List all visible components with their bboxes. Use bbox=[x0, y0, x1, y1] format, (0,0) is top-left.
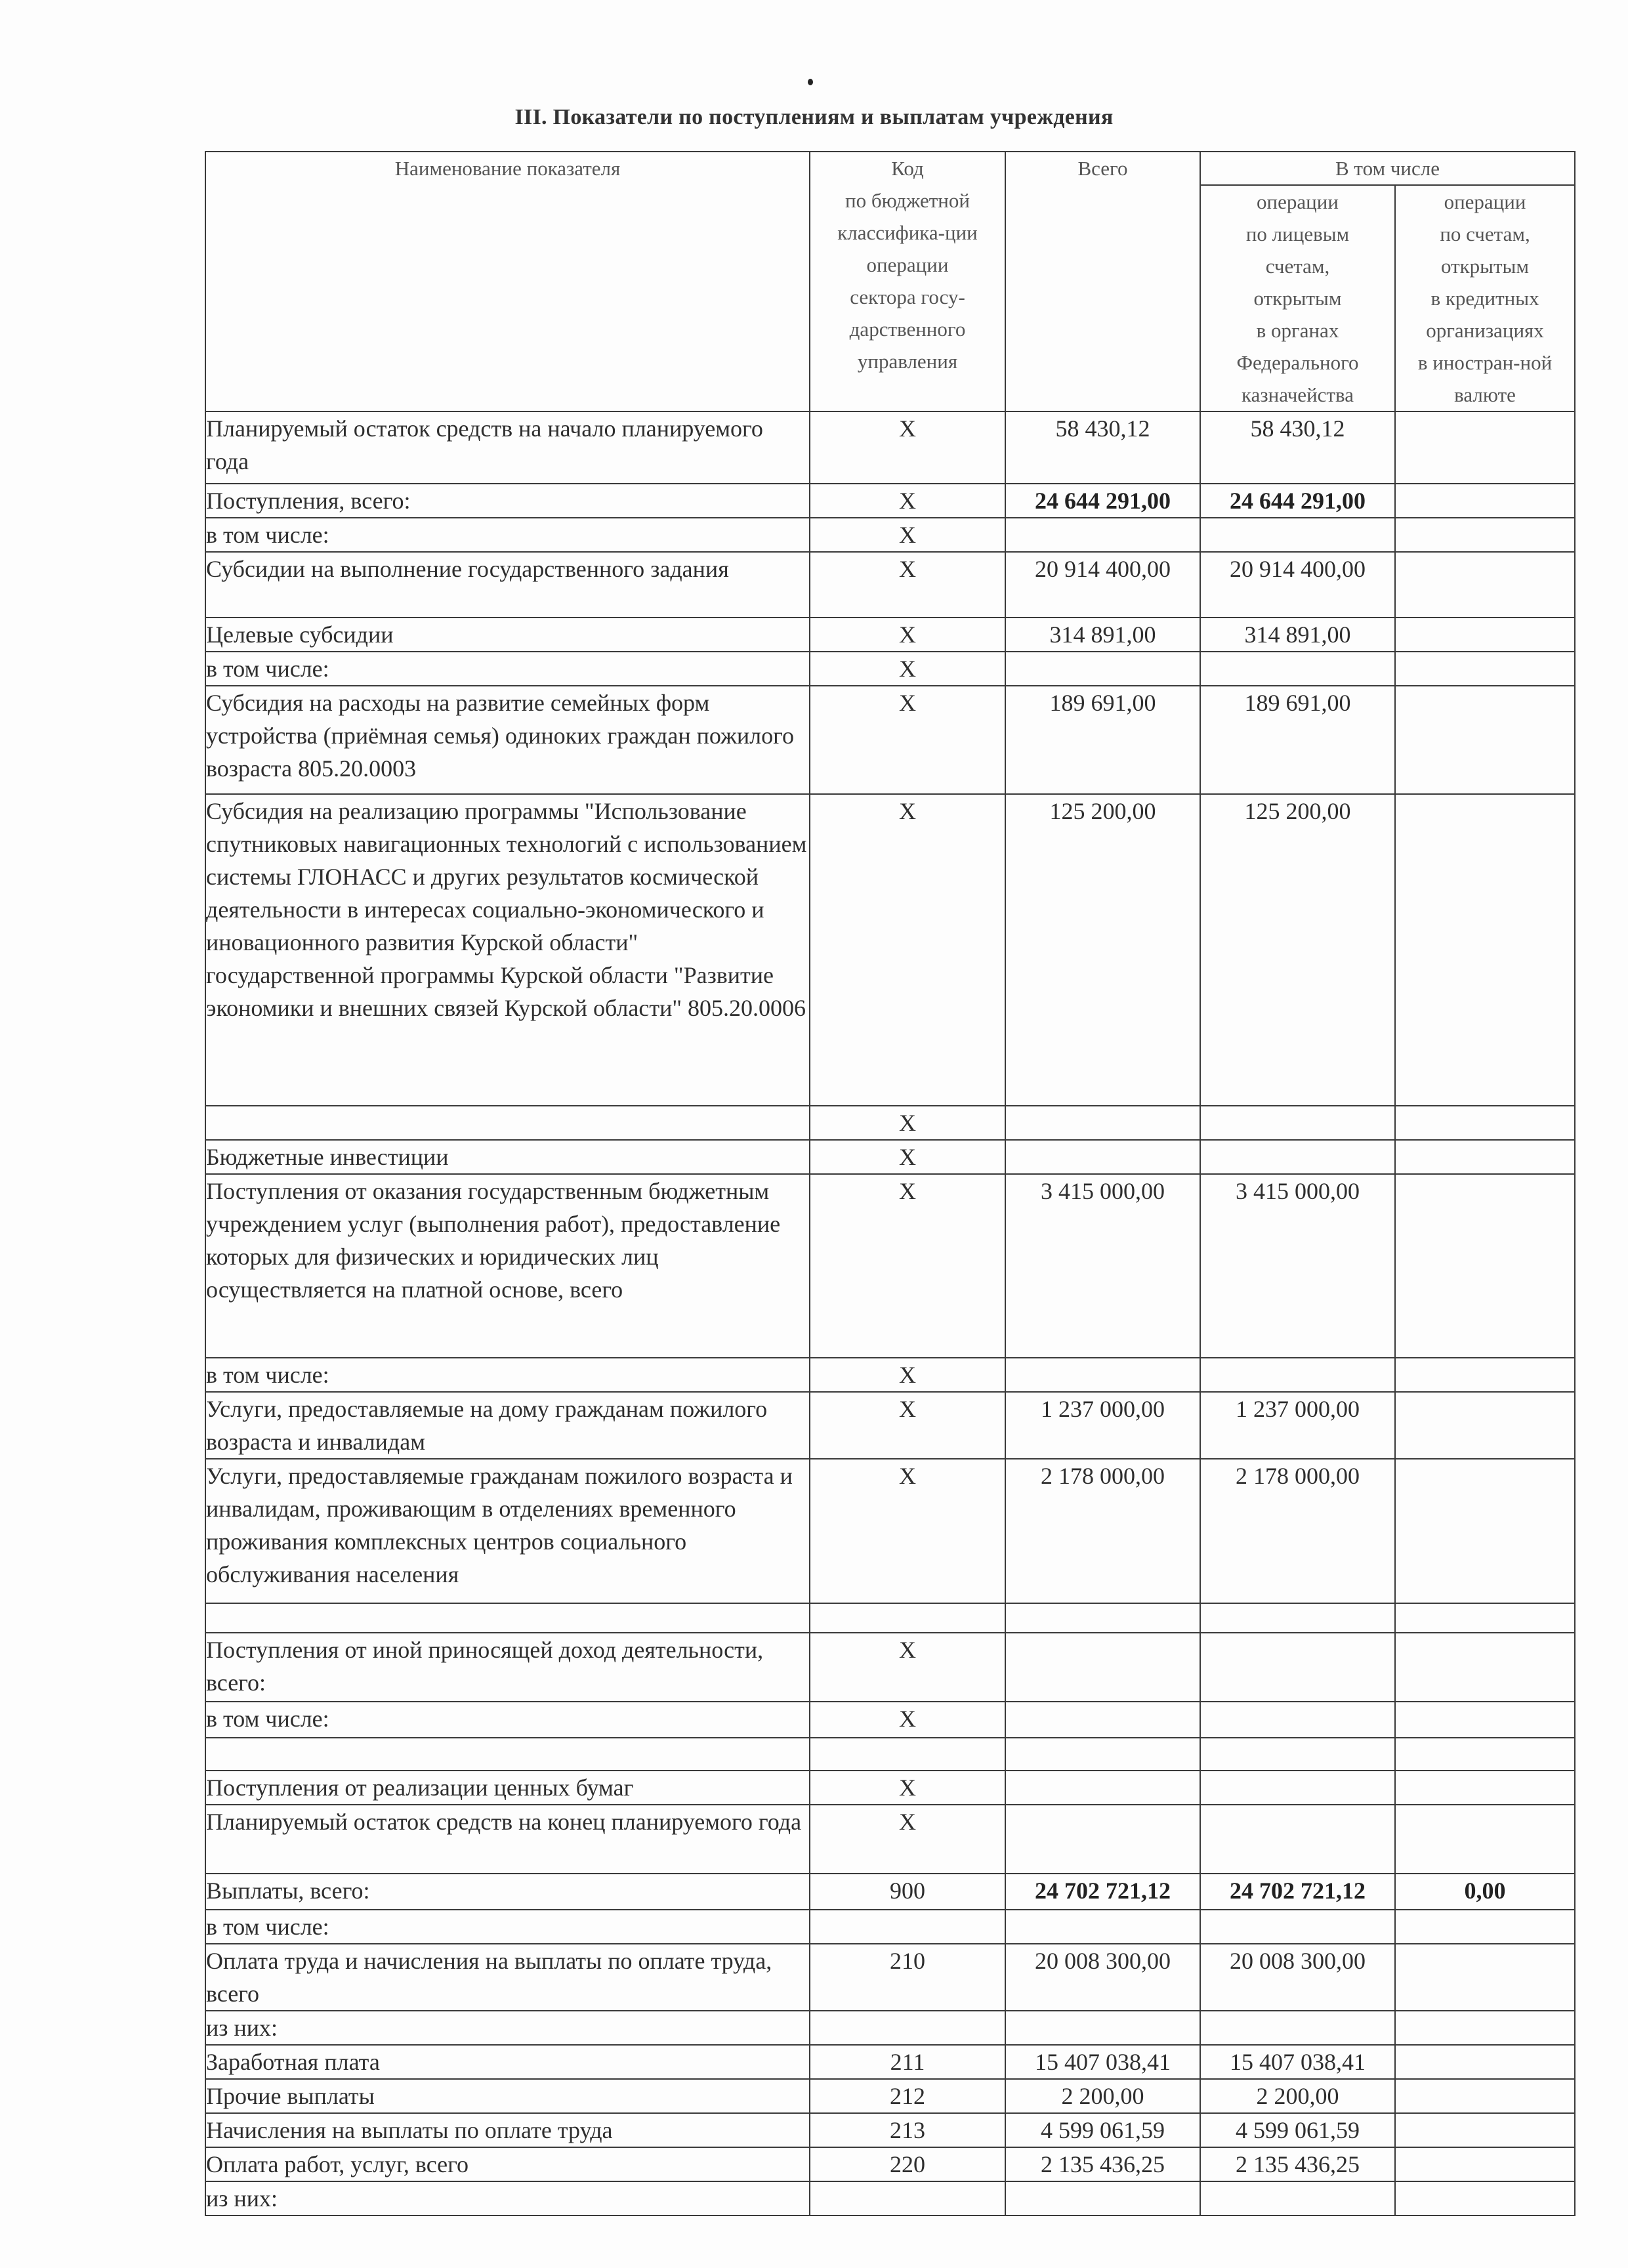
row-total-cell bbox=[1005, 1140, 1200, 1174]
row-name-cell: из них: bbox=[205, 2011, 810, 2045]
row-name-cell bbox=[205, 1106, 810, 1140]
row-code-cell: 212 bbox=[810, 2079, 1005, 2113]
row-name-cell: Поступления от реализации ценных бумаг bbox=[205, 1771, 810, 1805]
row-total-cell: 4 599 061,59 bbox=[1005, 2113, 1200, 2147]
row-code-cell: X bbox=[810, 411, 1005, 484]
row-credit-cell bbox=[1395, 652, 1575, 686]
row-credit-cell bbox=[1395, 1771, 1575, 1805]
row-treasury-cell bbox=[1200, 1358, 1395, 1392]
row-treasury-cell: 125 200,00 bbox=[1200, 794, 1395, 1106]
row-credit-cell bbox=[1395, 618, 1575, 652]
row-treasury-cell: 24 702 721,12 bbox=[1200, 1874, 1395, 1910]
header-line: по лицевым bbox=[1201, 218, 1394, 250]
row-name-cell: Планируемый остаток средств на начало пл… bbox=[205, 411, 810, 484]
row-treasury-cell: 2 178 000,00 bbox=[1200, 1459, 1395, 1603]
row-name-cell: Поступления, всего: bbox=[205, 484, 810, 518]
table-row: в том числе:X bbox=[205, 1358, 1575, 1392]
row-code-cell: X bbox=[810, 686, 1005, 794]
row-treasury-cell: 24 644 291,00 bbox=[1200, 484, 1395, 518]
row-treasury-cell: 20 008 300,00 bbox=[1200, 1944, 1395, 2011]
row-code-cell: X bbox=[810, 794, 1005, 1106]
table-row: Поступления от реализации ценных бумагX bbox=[205, 1771, 1575, 1805]
row-name-cell bbox=[205, 1603, 810, 1633]
row-credit-cell bbox=[1395, 411, 1575, 484]
row-treasury-cell bbox=[1200, 652, 1395, 686]
row-treasury-cell bbox=[1200, 1910, 1395, 1944]
table-body: Планируемый остаток средств на начало пл… bbox=[205, 411, 1575, 2215]
row-code-cell: X bbox=[810, 484, 1005, 518]
row-credit-cell bbox=[1395, 794, 1575, 1106]
table-row: из них: bbox=[205, 2011, 1575, 2045]
row-total-cell bbox=[1005, 1603, 1200, 1633]
row-name-cell: в том числе: bbox=[205, 518, 810, 552]
row-name-cell: Выплаты, всего: bbox=[205, 1874, 810, 1910]
row-treasury-cell bbox=[1200, 1140, 1395, 1174]
row-total-cell: 189 691,00 bbox=[1005, 686, 1200, 794]
row-treasury-cell bbox=[1200, 1603, 1395, 1633]
row-credit-cell: 0,00 bbox=[1395, 1874, 1575, 1910]
row-total-cell: 20 914 400,00 bbox=[1005, 552, 1200, 618]
row-treasury-cell: 2 200,00 bbox=[1200, 2079, 1395, 2113]
row-name-cell: Целевые субсидии bbox=[205, 618, 810, 652]
row-treasury-cell: 2 135 436,25 bbox=[1200, 2147, 1395, 2181]
row-total-cell: 3 415 000,00 bbox=[1005, 1174, 1200, 1358]
header-line: сектора госу- bbox=[810, 281, 1005, 313]
row-treasury-cell: 4 599 061,59 bbox=[1200, 2113, 1395, 2147]
row-name-cell: Субсидия на реализацию программы "Исполь… bbox=[205, 794, 810, 1106]
row-code-cell: X bbox=[810, 1174, 1005, 1358]
table-row: в том числе:X bbox=[205, 518, 1575, 552]
row-credit-cell bbox=[1395, 484, 1575, 518]
header-line: операции bbox=[1201, 186, 1394, 218]
row-treasury-cell bbox=[1200, 1633, 1395, 1702]
table-row: Заработная плата21115 407 038,4115 407 0… bbox=[205, 2045, 1575, 2079]
table-row: Поступления от иной приносящей доход дея… bbox=[205, 1633, 1575, 1702]
row-credit-cell bbox=[1395, 1174, 1575, 1358]
table-row: Услуги, предоставляемые на дому граждана… bbox=[205, 1392, 1575, 1459]
row-credit-cell bbox=[1395, 1459, 1575, 1603]
row-treasury-cell bbox=[1200, 1805, 1395, 1874]
row-name-cell: Субсидия на расходы на развитие семейных… bbox=[205, 686, 810, 794]
row-name-cell: Поступления от оказания государственным … bbox=[205, 1174, 810, 1358]
row-treasury-cell bbox=[1200, 1106, 1395, 1140]
row-total-cell bbox=[1005, 2181, 1200, 2215]
row-treasury-cell bbox=[1200, 1738, 1395, 1771]
row-code-cell bbox=[810, 1603, 1005, 1633]
row-treasury-cell bbox=[1200, 518, 1395, 552]
row-total-cell: 2 178 000,00 bbox=[1005, 1459, 1200, 1603]
header-line: управления bbox=[810, 345, 1005, 377]
row-credit-cell bbox=[1395, 1358, 1575, 1392]
row-credit-cell bbox=[1395, 1603, 1575, 1633]
row-credit-cell bbox=[1395, 1702, 1575, 1738]
row-total-cell bbox=[1005, 1358, 1200, 1392]
table-row: из них: bbox=[205, 2181, 1575, 2215]
header-line: в кредитных bbox=[1396, 282, 1574, 314]
table-row: Выплаты, всего:90024 702 721,1224 702 72… bbox=[205, 1874, 1575, 1910]
row-code-cell: 900 bbox=[810, 1874, 1005, 1910]
row-total-cell: 1 237 000,00 bbox=[1005, 1392, 1200, 1459]
row-credit-cell bbox=[1395, 1944, 1575, 2011]
header-line: открытым bbox=[1396, 250, 1574, 282]
header-line: открытым bbox=[1201, 282, 1394, 314]
row-code-cell: X bbox=[810, 1805, 1005, 1874]
row-code-cell: 211 bbox=[810, 2045, 1005, 2079]
row-total-cell: 20 008 300,00 bbox=[1005, 1944, 1200, 2011]
row-name-cell: Услуги, предоставляемые гражданам пожило… bbox=[205, 1459, 810, 1603]
row-treasury-cell: 1 237 000,00 bbox=[1200, 1392, 1395, 1459]
header-treasury: операциипо лицевымсчетам,открытымв орган… bbox=[1200, 185, 1395, 411]
row-name-cell: из них: bbox=[205, 2181, 810, 2215]
row-name-cell: в том числе: bbox=[205, 1910, 810, 1944]
row-code-cell: X bbox=[810, 1702, 1005, 1738]
row-code-cell: X bbox=[810, 1106, 1005, 1140]
row-code-cell bbox=[810, 2011, 1005, 2045]
header-credit: операциипо счетам,открытымв кредитныхорг… bbox=[1395, 185, 1575, 411]
row-name-cell: Поступления от иной приносящей доход дея… bbox=[205, 1633, 810, 1702]
row-total-cell bbox=[1005, 1702, 1200, 1738]
row-credit-cell bbox=[1395, 2181, 1575, 2215]
row-treasury-cell: 3 415 000,00 bbox=[1200, 1174, 1395, 1358]
table-row: Бюджетные инвестицииX bbox=[205, 1140, 1575, 1174]
row-name-cell: в том числе: bbox=[205, 1702, 810, 1738]
row-treasury-cell bbox=[1200, 2011, 1395, 2045]
row-total-cell bbox=[1005, 1633, 1200, 1702]
row-total-cell bbox=[1005, 1805, 1200, 1874]
table-row: Прочие выплаты2122 200,002 200,00 bbox=[205, 2079, 1575, 2113]
row-code-cell: 220 bbox=[810, 2147, 1005, 2181]
row-credit-cell bbox=[1395, 2079, 1575, 2113]
header-line: в органах bbox=[1201, 314, 1394, 346]
row-name-cell: в том числе: bbox=[205, 1358, 810, 1392]
table-row bbox=[205, 1603, 1575, 1633]
table-row: Планируемый остаток средств на конец пла… bbox=[205, 1805, 1575, 1874]
row-code-cell: X bbox=[810, 1633, 1005, 1702]
table-row: Субсидия на расходы на развитие семейных… bbox=[205, 686, 1575, 794]
header-line: валюте bbox=[1396, 379, 1574, 411]
row-name-cell: Субсидии на выполнение государственного … bbox=[205, 552, 810, 618]
row-code-cell: X bbox=[810, 1392, 1005, 1459]
row-code-cell: 210 bbox=[810, 1944, 1005, 2011]
row-name-cell bbox=[205, 1738, 810, 1771]
row-treasury-cell: 314 891,00 bbox=[1200, 618, 1395, 652]
row-name-cell: Заработная плата bbox=[205, 2045, 810, 2079]
row-name-cell: Начисления на выплаты по оплате труда bbox=[205, 2113, 810, 2147]
scan-mark bbox=[808, 79, 813, 85]
row-total-cell: 125 200,00 bbox=[1005, 794, 1200, 1106]
scanned-page: III. Показатели по поступлениям и выплат… bbox=[0, 0, 1628, 2268]
row-treasury-cell bbox=[1200, 1702, 1395, 1738]
header-line: дарственного bbox=[810, 313, 1005, 345]
row-name-cell: Оплата работ, услуг, всего bbox=[205, 2147, 810, 2181]
header-code: Кодпо бюджетнойклассифика-цииоперациисек… bbox=[810, 152, 1005, 411]
header-line: Код bbox=[810, 152, 1005, 184]
row-credit-cell bbox=[1395, 2011, 1575, 2045]
row-code-cell: X bbox=[810, 518, 1005, 552]
row-code-cell: X bbox=[810, 1459, 1005, 1603]
row-total-cell bbox=[1005, 1771, 1200, 1805]
header-line: операции bbox=[810, 249, 1005, 281]
header-line: организациях bbox=[1396, 314, 1574, 346]
table-row: Оплата труда и начисления на выплаты по … bbox=[205, 1944, 1575, 2011]
row-credit-cell bbox=[1395, 2045, 1575, 2079]
table-row: Целевые субсидииX314 891,00314 891,00 bbox=[205, 618, 1575, 652]
row-credit-cell bbox=[1395, 2147, 1575, 2181]
table-row bbox=[205, 1738, 1575, 1771]
row-credit-cell bbox=[1395, 686, 1575, 794]
row-credit-cell bbox=[1395, 552, 1575, 618]
row-code-cell bbox=[810, 2181, 1005, 2215]
row-total-cell bbox=[1005, 518, 1200, 552]
header-name: Наименование показателя bbox=[205, 152, 810, 411]
header-line: Федерального bbox=[1201, 346, 1394, 379]
row-name-cell: Бюджетные инвестиции bbox=[205, 1140, 810, 1174]
row-treasury-cell: 15 407 038,41 bbox=[1200, 2045, 1395, 2079]
row-total-cell bbox=[1005, 1106, 1200, 1140]
row-total-cell: 24 644 291,00 bbox=[1005, 484, 1200, 518]
row-name-cell: Планируемый остаток средств на конец пла… bbox=[205, 1805, 810, 1874]
table-row: в том числе:X bbox=[205, 1702, 1575, 1738]
row-treasury-cell bbox=[1200, 1771, 1395, 1805]
row-code-cell bbox=[810, 1738, 1005, 1771]
row-total-cell bbox=[1005, 1738, 1200, 1771]
row-code-cell: X bbox=[810, 652, 1005, 686]
row-total-cell bbox=[1005, 1910, 1200, 1944]
row-name-cell: Прочие выплаты bbox=[205, 2079, 810, 2113]
row-treasury-cell: 58 430,12 bbox=[1200, 411, 1395, 484]
row-credit-cell bbox=[1395, 1392, 1575, 1459]
row-credit-cell bbox=[1395, 1910, 1575, 1944]
row-total-cell: 58 430,12 bbox=[1005, 411, 1200, 484]
row-treasury-cell: 20 914 400,00 bbox=[1200, 552, 1395, 618]
header-total: Всего bbox=[1005, 152, 1200, 411]
table-row: Субсидия на реализацию программы "Исполь… bbox=[205, 794, 1575, 1106]
row-code-cell: X bbox=[810, 1140, 1005, 1174]
table-row: Поступления от оказания государственным … bbox=[205, 1174, 1575, 1358]
row-treasury-cell: 189 691,00 bbox=[1200, 686, 1395, 794]
row-code-cell: 213 bbox=[810, 2113, 1005, 2147]
header-line: по счетам, bbox=[1396, 218, 1574, 250]
table-row: Оплата работ, услуг, всего2202 135 436,2… bbox=[205, 2147, 1575, 2181]
header-line: казначейства bbox=[1201, 379, 1394, 411]
header-line: счетам, bbox=[1201, 250, 1394, 282]
row-treasury-cell bbox=[1200, 2181, 1395, 2215]
row-total-cell bbox=[1005, 2011, 1200, 2045]
income-expense-table: Наименование показателя Кодпо бюджетнойк… bbox=[205, 151, 1576, 2216]
row-code-cell: X bbox=[810, 1771, 1005, 1805]
row-total-cell: 314 891,00 bbox=[1005, 618, 1200, 652]
row-code-cell: X bbox=[810, 552, 1005, 618]
row-code-cell: X bbox=[810, 618, 1005, 652]
header-line: классифика-ции bbox=[810, 217, 1005, 249]
section-title: III. Показатели по поступлениям и выплат… bbox=[0, 105, 1628, 130]
table-row: X bbox=[205, 1106, 1575, 1140]
table-row: Услуги, предоставляемые гражданам пожило… bbox=[205, 1459, 1575, 1603]
row-total-cell bbox=[1005, 652, 1200, 686]
row-name-cell: Оплата труда и начисления на выплаты по … bbox=[205, 1944, 810, 2011]
row-code-cell: X bbox=[810, 1358, 1005, 1392]
table-row: Начисления на выплаты по оплате труда213… bbox=[205, 2113, 1575, 2147]
table-row: в том числе:X bbox=[205, 652, 1575, 686]
row-credit-cell bbox=[1395, 518, 1575, 552]
row-credit-cell bbox=[1395, 1106, 1575, 1140]
row-name-cell: в том числе: bbox=[205, 652, 810, 686]
header-line: по бюджетной bbox=[810, 184, 1005, 217]
row-credit-cell bbox=[1395, 1738, 1575, 1771]
row-credit-cell bbox=[1395, 1140, 1575, 1174]
row-code-cell bbox=[810, 1910, 1005, 1944]
header-line: в иностран-ной bbox=[1396, 346, 1574, 379]
row-total-cell: 24 702 721,12 bbox=[1005, 1874, 1200, 1910]
table-row: Поступления, всего:X24 644 291,0024 644 … bbox=[205, 484, 1575, 518]
row-total-cell: 2 200,00 bbox=[1005, 2079, 1200, 2113]
row-credit-cell bbox=[1395, 1805, 1575, 1874]
header-line: операции bbox=[1396, 186, 1574, 218]
table-row: Субсидии на выполнение государственного … bbox=[205, 552, 1575, 618]
row-credit-cell bbox=[1395, 1633, 1575, 1702]
table-row: Планируемый остаток средств на начало пл… bbox=[205, 411, 1575, 484]
row-total-cell: 2 135 436,25 bbox=[1005, 2147, 1200, 2181]
table-row: в том числе: bbox=[205, 1910, 1575, 1944]
row-total-cell: 15 407 038,41 bbox=[1005, 2045, 1200, 2079]
header-including: В том числе bbox=[1200, 152, 1575, 185]
row-name-cell: Услуги, предоставляемые на дому граждана… bbox=[205, 1392, 810, 1459]
row-credit-cell bbox=[1395, 2113, 1575, 2147]
